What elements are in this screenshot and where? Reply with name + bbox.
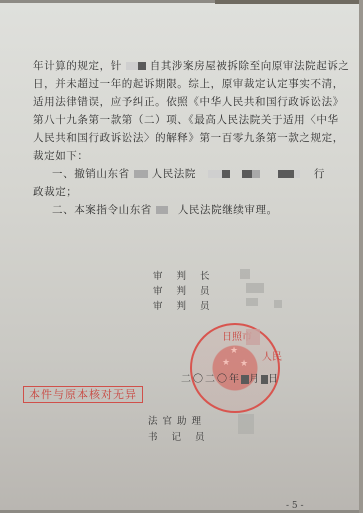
clerk-role-clerk: 书记员 [148, 429, 219, 443]
redacted-month [241, 375, 249, 384]
redacted-signature [246, 298, 258, 306]
photo-background [215, 0, 363, 4]
body-line-6: 裁定如下： [33, 150, 89, 162]
body-line-2: 日，并未超过一年的起诉期限。综上，原审裁定认定事实不清， [33, 78, 344, 90]
signature-role-judge: 审判员 [153, 298, 224, 312]
page-number: - 5 - [286, 501, 304, 511]
redacted-name [138, 62, 146, 70]
seal-text-side: 人民 [262, 348, 282, 363]
redacted-case [242, 170, 252, 178]
redacted-signature [238, 414, 254, 434]
body-line-3: 适用法律错误，应予纠正。依照《中华人民共和国行政诉讼法》 [33, 96, 344, 108]
text-segment: 人民法院 [152, 168, 196, 180]
redacted-court [156, 206, 168, 214]
body-line-1: 年计算的规定，针 自其涉案房屋被拆除至向原审法院起诉之 [33, 60, 350, 72]
clerk-role-assistant: 法官助理 [148, 413, 206, 427]
redacted-case [208, 170, 222, 178]
text-segment: 二、本案指令山东省 [52, 204, 152, 216]
judgment-date: 二〇二〇年月日 [181, 370, 280, 385]
date-year: 二〇二〇年 [181, 374, 241, 385]
photo-background [359, 0, 363, 513]
redacted-signature [274, 300, 282, 308]
redacted-case [222, 170, 230, 178]
text-segment: 一、撤销山东省 [52, 168, 130, 180]
redacted-signature [240, 269, 250, 279]
date-month-suffix: 月 [249, 374, 261, 385]
ruling-item-2: 二、本案指令山东省 人民法院继续审理。 [52, 204, 278, 216]
redacted-day [261, 375, 268, 384]
date-day-suffix: 日 [268, 374, 280, 385]
redacted-signature [246, 283, 264, 293]
redacted-name [126, 62, 138, 70]
text-segment: 年计算的规定，针 [33, 60, 122, 72]
certified-copy-stamp: 本件与原本核对无异 [23, 386, 143, 403]
redacted-case [252, 170, 260, 178]
text-segment: 自其涉案房屋被拆除至向原审法院起诉之 [150, 60, 350, 72]
redacted-case [278, 170, 294, 178]
text-segment: 行 [314, 168, 325, 180]
redacted-seal [246, 329, 260, 345]
document-page: 年计算的规定，针 自其涉案房屋被拆除至向原审法院起诉之 日，并未超过一年的起诉期… [0, 3, 360, 510]
body-line-5: 人民共和国行政诉讼法〉的解释》第一百零九条第一款之规定， [33, 132, 344, 144]
redacted-court [134, 170, 148, 178]
redacted-case [294, 170, 300, 178]
signature-role-judge: 审判员 [153, 283, 224, 297]
text-segment: 人民法院继续审理。 [178, 204, 278, 216]
ruling-item-1-cont: 政裁定； [33, 186, 77, 198]
ruling-item-1: 一、撤销山东省 人民法院 行 [52, 168, 325, 180]
star-icon: ★ [230, 346, 238, 356]
signature-role-presiding-judge: 审判长 [153, 268, 224, 282]
body-line-4: 第八十九条第一款第（二）项、《最高人民法院关于适用〈中华 [33, 114, 339, 126]
star-icon: ★ [222, 358, 230, 368]
star-icon: ★ [240, 359, 248, 369]
